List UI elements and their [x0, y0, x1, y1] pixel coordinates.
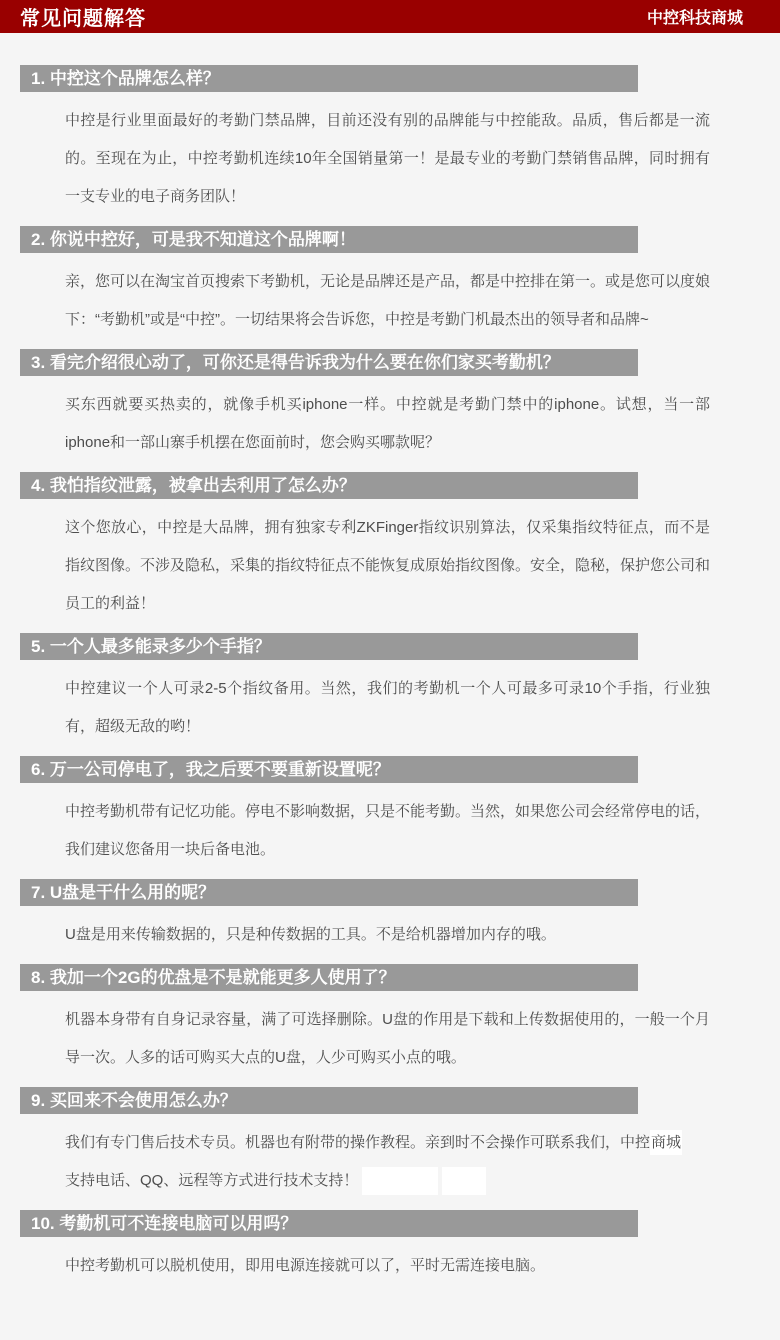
- question-8-bar: 8. 我加一个2G的优盘是不是就能更多人使用了？: [20, 964, 638, 991]
- faq-section-10: 10. 考勤机可不连接电脑可以用吗？ 中控考勤机可以脱机使用，即用电源连接就可以…: [0, 1210, 780, 1285]
- answer-1-text: 中控是行业里面最好的考勤门禁品牌，目前还没有别的品牌能与中控能敌。品质，售后都是…: [65, 102, 710, 216]
- answer-9-line-2: 支持电话、QQ、远程等方式进行技术支持！: [65, 1162, 710, 1200]
- blank-white-patch-small: [442, 1167, 486, 1195]
- page-header: 常见问题解答 中控科技商城: [0, 0, 780, 33]
- answer-7-text: U盘是用来传输数据的，只是种传数据的工具。不是给机器增加内存的哦。: [65, 916, 710, 954]
- answer-3-text: 买东西就要买热卖的，就像手机买iphone一样。中控就是考勤门禁中的iphone…: [65, 386, 710, 462]
- faq-section-6: 6. 万一公司停电了，我之后要不要重新设置呢？ 中控考勤机带有记忆功能。停电不影…: [0, 756, 780, 869]
- faq-section-2: 2. 你说中控好，可是我不知道这个品牌啊！ 亲，您可以在淘宝首页搜索下考勤机，无…: [0, 226, 780, 339]
- faq-section-7: 7. U盘是干什么用的呢？ U盘是用来传输数据的，只是种传数据的工具。不是给机器…: [0, 879, 780, 954]
- answer-8-text: 机器本身带有自身记录容量，满了可选择删除。U盘的作用是下载和上传数据使用的，一般…: [65, 1001, 710, 1077]
- question-6-bar: 6. 万一公司停电了，我之后要不要重新设置呢？: [20, 756, 638, 783]
- page-title: 常见问题解答: [20, 2, 146, 31]
- answer-9-line-1: 我们有专门售后技术专员。机器也有附带的操作教程。亲到时不会操作可联系我们，中控商…: [65, 1124, 710, 1162]
- blank-white-patch-large: [362, 1167, 438, 1195]
- faq-section-1: 1. 中控这个品牌怎么样？ 中控是行业里面最好的考勤门禁品牌，目前还没有别的品牌…: [0, 65, 780, 216]
- answer-6-text: 中控考勤机带有记忆功能。停电不影响数据，只是不能考勤。当然，如果您公司会经常停电…: [65, 793, 710, 869]
- answer-2-text: 亲，您可以在淘宝首页搜索下考勤机，无论是品牌还是产品，都是中控排在第一。或是您可…: [65, 263, 710, 339]
- faq-section-9: 9. 买回来不会使用怎么办？ 我们有专门售后技术专员。机器也有附带的操作教程。亲…: [0, 1087, 780, 1200]
- answer-9-text-end: 支持电话、QQ、远程等方式进行技术支持！: [65, 1172, 358, 1189]
- question-2-bar: 2. 你说中控好，可是我不知道这个品牌啊！: [20, 226, 638, 253]
- answer-9-text-start: 我们有专门售后技术专员。机器也有附带的操作教程。亲到时不会操作可联系我们，中控: [65, 1134, 650, 1151]
- question-5-bar: 5. 一个人最多能录多少个手指？: [20, 633, 638, 660]
- answer-4-text: 这个您放心，中控是大品牌，拥有独家专利ZKFinger指纹识别算法，仅采集指纹特…: [65, 509, 710, 623]
- question-1-bar: 1. 中控这个品牌怎么样？: [20, 65, 638, 92]
- question-4-bar: 4. 我怕指纹泄露，被拿出去利用了怎么办？: [20, 472, 638, 499]
- faq-section-4: 4. 我怕指纹泄露，被拿出去利用了怎么办？ 这个您放心，中控是大品牌，拥有独家专…: [0, 472, 780, 623]
- question-9-bar: 9. 买回来不会使用怎么办？: [20, 1087, 638, 1114]
- question-3-bar: 3. 看完介绍很心动了，可你还是得告诉我为什么要在你们家买考勤机？: [20, 349, 638, 376]
- answer-5-text: 中控建议一个人可录2-5个指纹备用。当然，我们的考勤机一个人可最多可录10个手指…: [65, 670, 710, 746]
- brand-name: 中控科技商城: [647, 5, 743, 28]
- faq-section-8: 8. 我加一个2G的优盘是不是就能更多人使用了？ 机器本身带有自身记录容量，满了…: [0, 964, 780, 1077]
- faq-section-3: 3. 看完介绍很心动了，可你还是得告诉我为什么要在你们家买考勤机？ 买东西就要买…: [0, 349, 780, 462]
- faq-section-5: 5. 一个人最多能录多少个手指？ 中控建议一个人可录2-5个指纹备用。当然，我们…: [0, 633, 780, 746]
- question-10-bar: 10. 考勤机可不连接电脑可以用吗？: [20, 1210, 638, 1237]
- answer-10-text: 中控考勤机可以脱机使用，即用电源连接就可以了，平时无需连接电脑。: [65, 1247, 710, 1285]
- faq-list: 1. 中控这个品牌怎么样？ 中控是行业里面最好的考勤门禁品牌，目前还没有别的品牌…: [0, 33, 780, 1285]
- question-7-bar: 7. U盘是干什么用的呢？: [20, 879, 638, 906]
- answer-9-text-on-white: 商城: [650, 1130, 682, 1155]
